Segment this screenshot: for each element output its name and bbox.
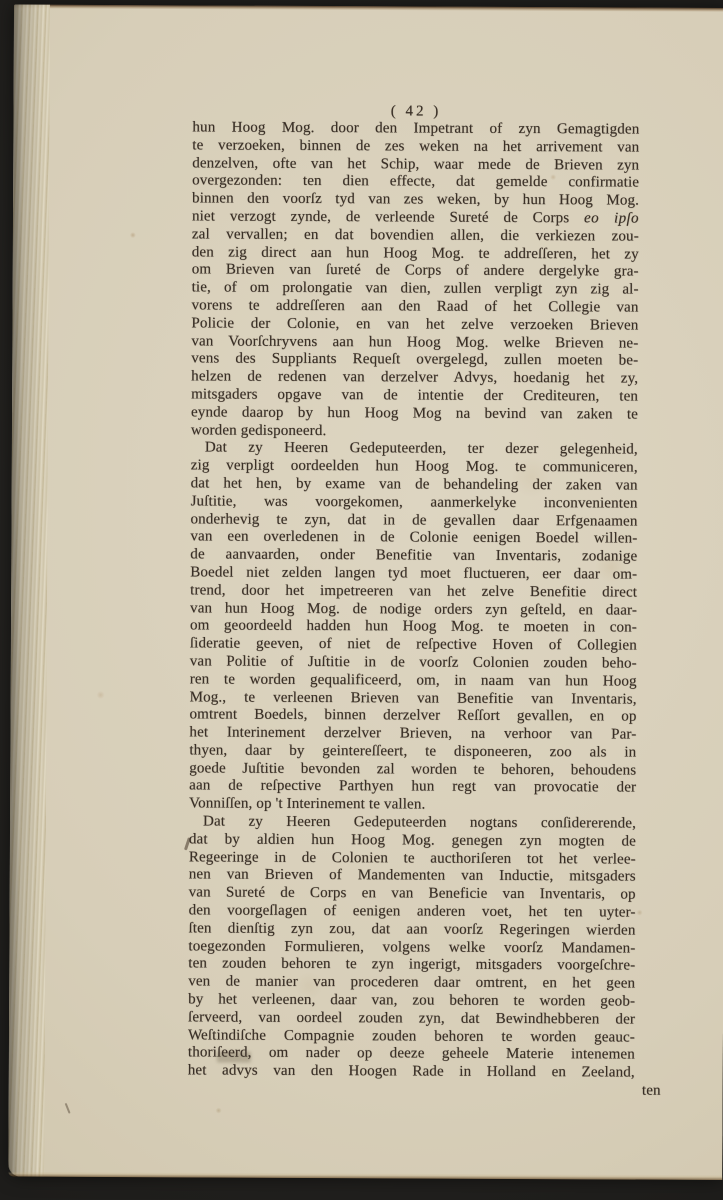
text-line: het Interinement derzelver Brieven, na v… (189, 724, 636, 744)
text-line: worden gedisponeerd. (191, 422, 638, 442)
text-line: Vonniſſen, op 't Interinement te vallen. (189, 796, 636, 816)
text-line: ſten dienſtig zyn zou, dat aan voorſz Re… (188, 920, 635, 940)
text-line: vens des Suppliants Requeſt overgelegd, … (191, 351, 638, 371)
text-line: tie, of om prolongatie van dien, zullen … (192, 280, 639, 300)
text-line: trend, door het impetreeren van het zelv… (190, 582, 637, 602)
text-line: thoriſeerd, om nader op deeze geheele Ma… (188, 1045, 635, 1065)
text-line: nen van Brieven of Mandementen van Induc… (189, 867, 636, 887)
text-line: Dat zy Heeren Gedeputeerden nogtans conſ… (189, 813, 636, 833)
paragraph: hun Hoog Mog. door den Impetrant of zyn … (191, 119, 640, 442)
text-line: het advys van den Hoogen Rade in Holland… (188, 1063, 635, 1083)
text-line: Juſtitie, was voorgekomen, aanmerkelyke … (191, 493, 638, 513)
text-line: helzen de redenen van derzelver Advys, h… (191, 369, 638, 389)
text-line: van een overledenen in de Colonie eenige… (190, 529, 637, 549)
text-line: aan de reſpective Parthyen hun regt van … (189, 778, 636, 798)
text-line: dat by aldien hun Hoog Mog. genegen zyn … (189, 831, 636, 851)
text-line: thyen, daar by geintereſſeert, te dispon… (189, 742, 636, 762)
text-line: om Brieven van ſureté de Corps of andere… (192, 262, 639, 282)
text-line: ſerveerd, van oordeel zouden zyn, dat Be… (188, 1009, 635, 1029)
text-line: van hun Hoog Mog. de nodige orders zyn g… (190, 600, 637, 620)
text-line: Dat zy Heeren Gedeputeerden, ter dezer g… (191, 440, 638, 460)
text-line: binnen den voorſz tyd van zes weken, by … (192, 191, 639, 211)
paragraphs-container: hun Hoog Mog. door den Impetrant of zyn … (188, 119, 640, 1082)
page-edge-stack (8, 5, 50, 1177)
text-line: den zig direct aan hun Hoog Mog. te addr… (192, 244, 639, 264)
document-page: ( 42 ) hun Hoog Mog. door den Impetrant … (8, 5, 723, 1180)
text-line: ren te worden gequalificeerd, om, in naa… (190, 671, 637, 691)
ink-fleck (65, 1103, 71, 1114)
text-line: goede Juſtitie bevonden zal worden te be… (189, 760, 636, 780)
text-line: onderhevig te zyn, dat in de gevallen da… (190, 511, 637, 531)
text-line: ten zouden behoren te zyn ingerigt, mits… (188, 956, 635, 976)
text-line: te verzoeken, binnen de zes weken na het… (192, 137, 639, 157)
text-line: eynde daarop by hun Hoog Mog na bevind v… (191, 404, 638, 424)
text-line: toegezonden Formulieren, volgens welke v… (188, 938, 635, 958)
text-line: ſideratie geeven, of niet de reſpective … (190, 635, 637, 655)
text-line: zal vervallen; en dat bovendien allen, d… (192, 226, 639, 246)
text-line: overgezonden: ten dien effecte, dat geme… (192, 173, 639, 193)
text-line: Weſtindiſche Compagnie zouden behoren te… (188, 1027, 635, 1047)
text-line: van Politie of Juſtitie in de voorſz Col… (190, 653, 637, 673)
text-line: van Voorſchryvens aan hun Hoog Mog. welk… (191, 333, 638, 353)
text-line: den voorgeſlagen of eenigen anderen voet… (189, 902, 636, 922)
text-line: ven de manier van procederen daar omtren… (188, 974, 635, 994)
text-line: niet verzogt zynde, de verleende Sureté … (192, 208, 639, 228)
text-line: mitsgaders opgave van de intentie der Cr… (191, 386, 638, 406)
text-line: Boedel niet zelden langen tyd moet fluct… (190, 564, 637, 584)
text-line: denzelven, ofte van het Schip, waar mede… (192, 155, 639, 175)
catchword: ten (188, 1080, 661, 1100)
text-line: Mog., te verleenen Brieven van Benefitie… (190, 689, 637, 709)
text-line: dat het hen, by exame van de behandeling… (191, 475, 638, 495)
paragraph: Dat zy Heeren Gedeputeerden nogtans conſ… (188, 813, 636, 1082)
text-line: Regeeringe in de Colonien te aucthoriſer… (189, 849, 636, 869)
text-line: van Sureté de Corps en van Beneficie van… (189, 885, 636, 905)
paragraph: Dat zy Heeren Gedeputeerden, ter dezer g… (189, 440, 638, 816)
page-number: ( 42 ) (192, 101, 639, 121)
text-line: hun Hoog Mog. door den Impetrant of zyn … (192, 119, 639, 139)
text-line: zig verpligt oordeelden hun Hoog Mog. te… (191, 458, 638, 478)
text-line: de aanvaarden, onder Benefitie van Inven… (190, 547, 637, 567)
text-line: by het verleenen, daar van, zou behoren … (188, 991, 635, 1011)
body-text: ( 42 ) hun Hoog Mog. door den Impetrant … (188, 101, 640, 1100)
text-line: vorens te addreſſeren aan den Raad of he… (191, 297, 638, 317)
text-line: omtrent Boedels, binnen derzelver Reſſor… (189, 707, 636, 727)
text-line: Policie der Colonie, en van het zelve ve… (191, 315, 638, 335)
text-line: om geoordeeld hadden hun Hoog Mog. te mo… (190, 618, 637, 638)
